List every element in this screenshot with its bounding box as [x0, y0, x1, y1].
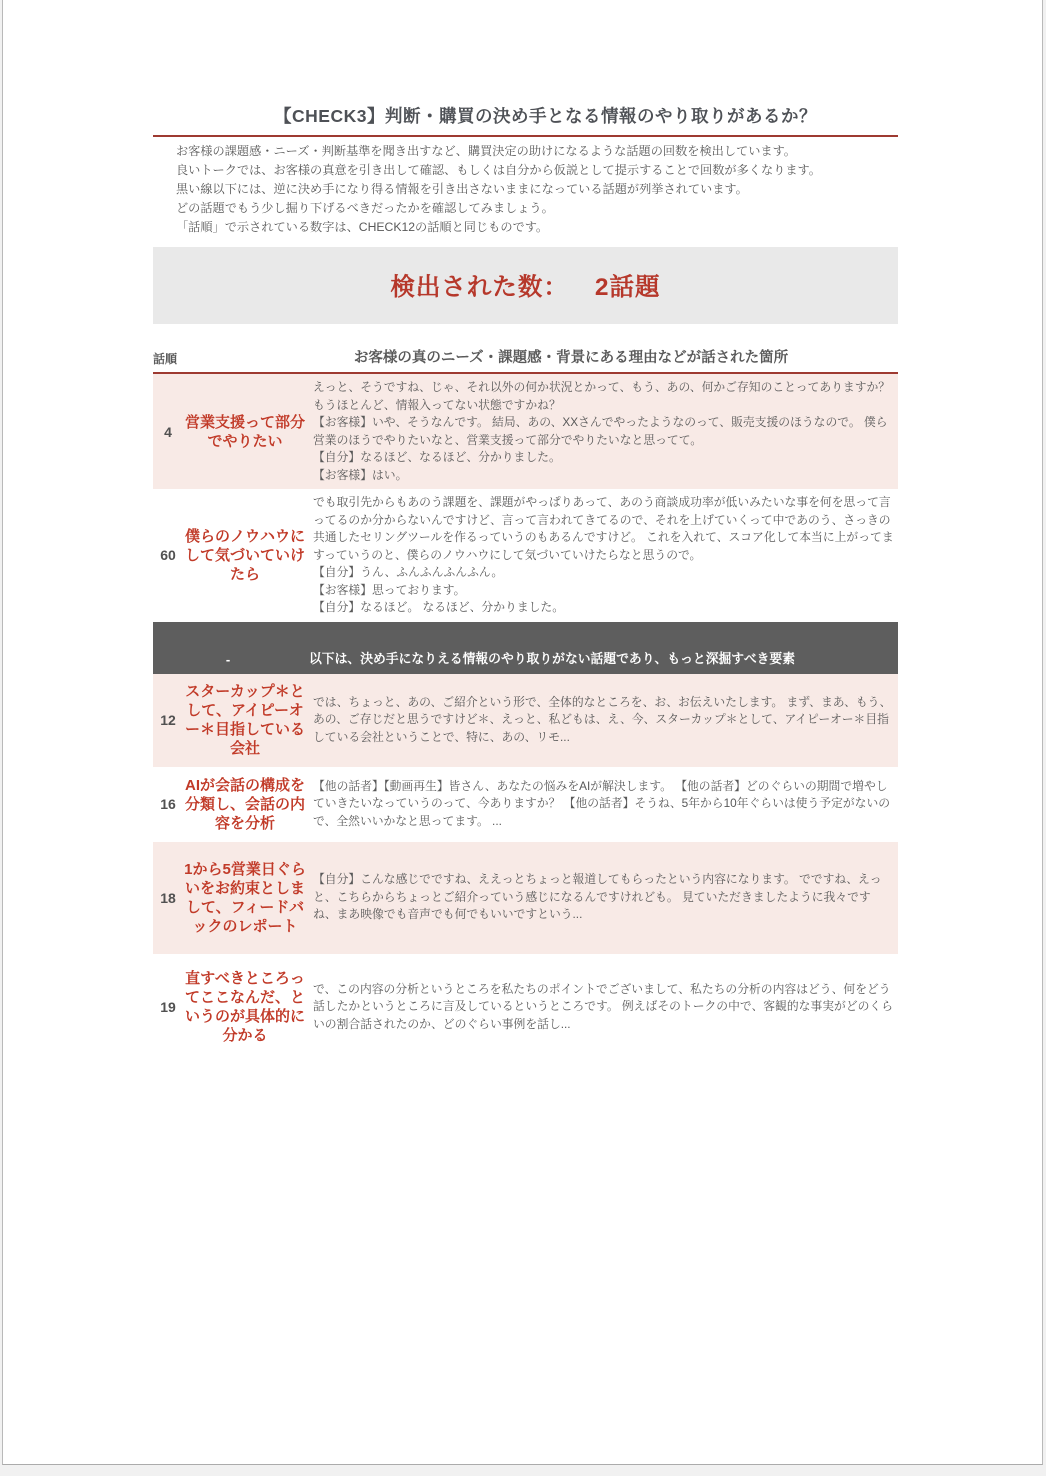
topic-transcript: では、ちょっと、あの、ご紹介という形で、全体的なところを、お、お伝えいたします。… [307, 689, 898, 752]
topic-row: 181から5営業日ぐらいをお約束としまして、フィードバックのレポート【自分】こん… [153, 842, 898, 954]
topic-row: 12スターカップ＊として、アイピーオー＊目指している会社では、ちょっと、あの、ご… [153, 674, 898, 767]
main-column-header: お客様の真のニーズ・課題感・背景にある理由などが話された箇所 [183, 346, 898, 367]
topic-transcript: えっと、そうですね、じゃ、それ以外の何か状況とかって、もう、あの、何かご存知のこ… [307, 374, 898, 489]
page-title: 【CHECK3】判断・購買の決め手となる情報のやり取りがあるか？ [153, 103, 898, 128]
table-header: 話順 お客様の真のニーズ・課題感・背景にある理由などが話された箇所 [153, 346, 898, 374]
topic-row: 16AIが会話の構成を分類し、会話の内容を分析【他の話者】【動画再生】皆さん、あ… [153, 767, 898, 842]
topic-transcript: 【自分】こんな感じでですね、ええっとちょっと報道してもらったという内容になります… [307, 866, 898, 929]
title-divider [153, 135, 898, 137]
description: お客様の課題感・ニーズ・判断基準を聞き出すなど、購買決定の助けになるような話題の… [153, 142, 898, 237]
topic-row: 4営業支援って部分でやりたいえっと、そうですね、じゃ、それ以外の何か状況とかって… [153, 374, 898, 489]
divider-text: 以下は、決め手になりえる情報のやり取りがない話題であり、もっと深掘すべき要素 [303, 648, 898, 667]
topic-order: 16 [153, 796, 183, 812]
document-page: 【CHECK3】判断・購買の決め手となる情報のやり取りがあるか？ お客様の課題感… [2, 0, 1043, 1465]
page-content: 【CHECK3】判断・購買の決め手となる情報のやり取りがあるか？ お客様の課題感… [153, 0, 898, 1061]
topic-title: AIが会話の構成を分類し、会話の内容を分析 [183, 776, 307, 833]
topic-order: 60 [153, 547, 183, 563]
topic-order: 12 [153, 712, 183, 728]
topic-order: 4 [153, 424, 183, 440]
topic-title: スターカップ＊として、アイピーオー＊目指している会社 [183, 682, 307, 758]
table-body: 4営業支援って部分でやりたいえっと、そうですね、じゃ、それ以外の何か状況とかって… [153, 374, 898, 1061]
topic-row: 60僕らのノウハウにして気づいていけたらでも取引先からもあのう課題を、課題がやっ… [153, 489, 898, 622]
detected-count-box: 検出された数： 2話題 [153, 247, 898, 324]
divider-order-label: - [153, 652, 303, 667]
detected-count-value: 2話題 [595, 268, 661, 303]
topic-order: 18 [153, 890, 183, 906]
order-column-header: 話順 [153, 350, 183, 367]
section-divider-row: -以下は、決め手になりえる情報のやり取りがない話題であり、もっと深掘すべき要素 [153, 622, 898, 674]
topic-transcript: で、この内容の分析というところを私たちのポイントでございまして、私たちの分析の内… [307, 976, 898, 1039]
topic-row: 19直すべきところってここなんだ、というのが具体的に分かるで、この内容の分析とい… [153, 954, 898, 1061]
topic-transcript: 【他の話者】【動画再生】皆さん、あなたの悩みをAIが解決します。 【他の話者】ど… [307, 773, 898, 836]
topics-table: 話順 お客様の真のニーズ・課題感・背景にある理由などが話された箇所 4営業支援っ… [153, 346, 898, 1061]
topic-transcript: でも取引先からもあのう課題を、課題がやっぱりあって、あのう商談成功率が低いみたい… [307, 489, 898, 622]
topic-title: 営業支援って部分でやりたい [183, 413, 307, 451]
topic-title: 1から5営業日ぐらいをお約束としまして、フィードバックのレポート [183, 860, 307, 936]
topic-title: 直すべきところってここなんだ、というのが具体的に分かる [183, 969, 307, 1045]
topic-title: 僕らのノウハウにして気づいていけたら [183, 527, 307, 584]
detected-count-label: 検出された数： [390, 268, 569, 303]
topic-order: 19 [153, 999, 183, 1015]
